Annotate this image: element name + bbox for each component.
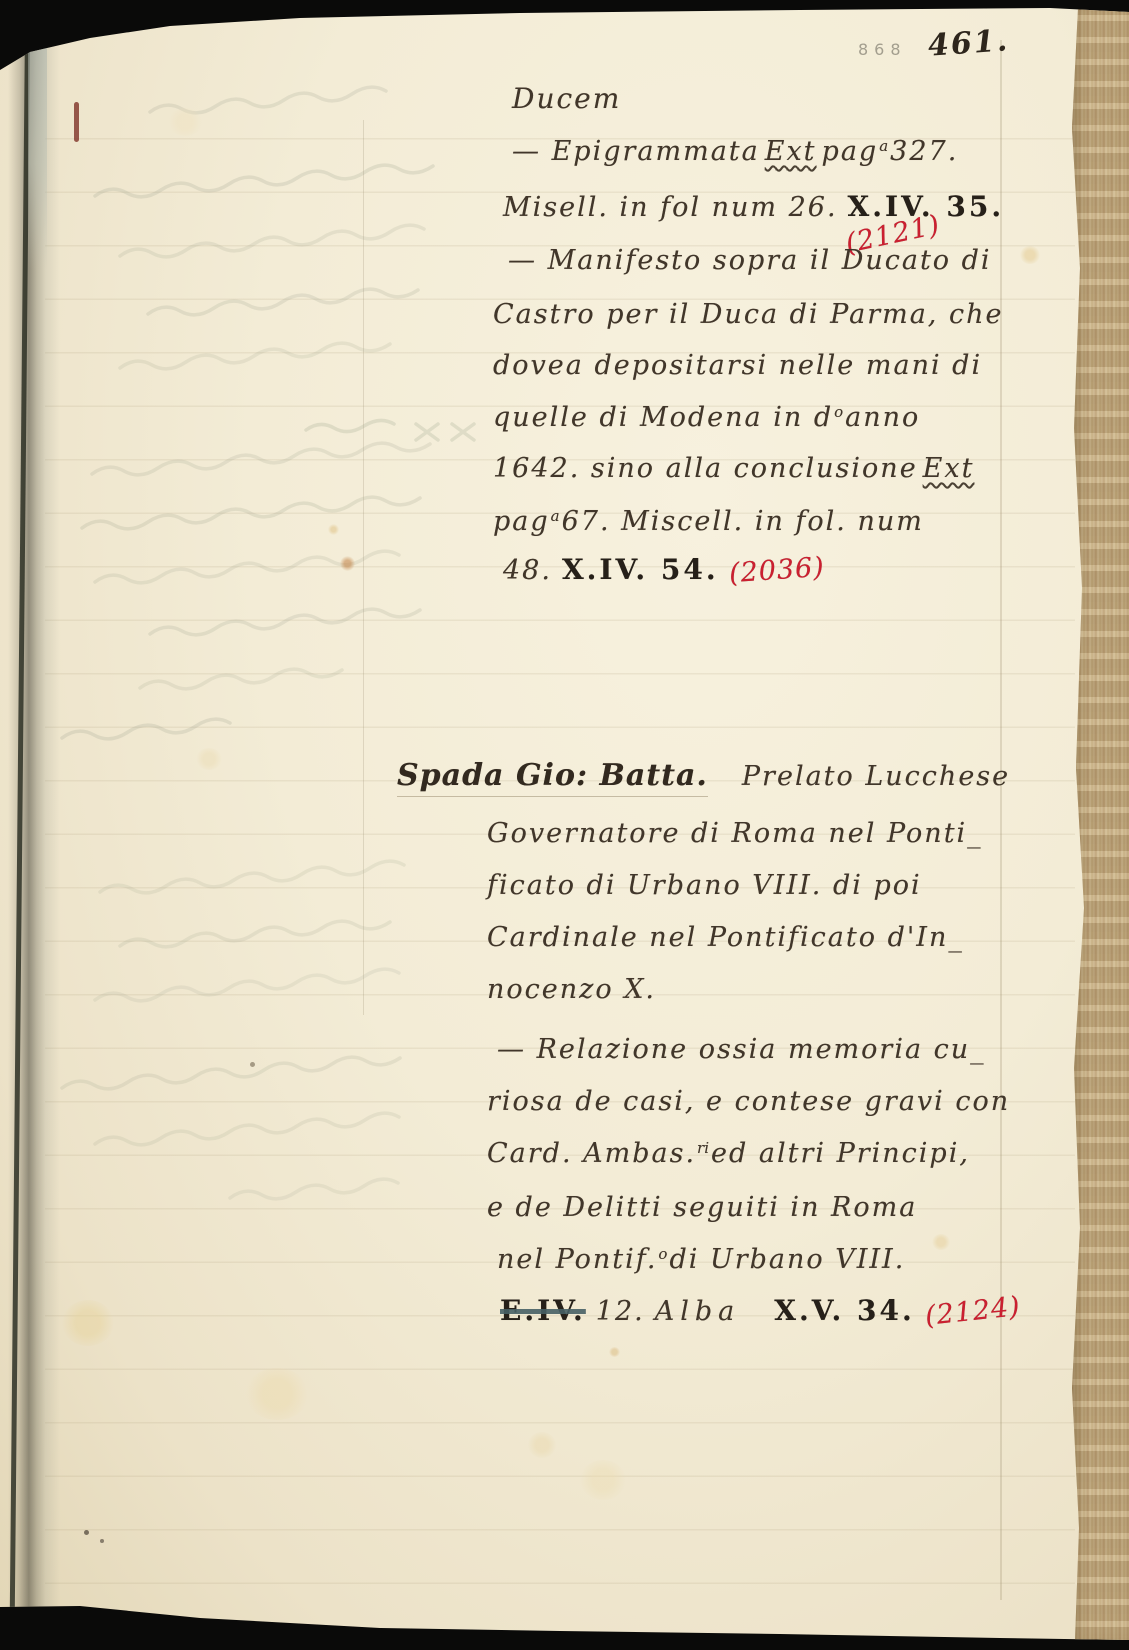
superscript: o bbox=[658, 1245, 667, 1263]
catchword-ducem: Ducem bbox=[512, 82, 621, 115]
reference-number-red: (2124) bbox=[923, 1291, 1021, 1332]
entry-text: quelle di Modena in d bbox=[493, 402, 833, 433]
alba-note: Alba bbox=[655, 1296, 741, 1327]
page-stack-fore-edge bbox=[1070, 8, 1129, 1640]
foxing-stain bbox=[528, 1432, 556, 1458]
entry-text: di Urbano VIII. bbox=[669, 1244, 905, 1275]
entry-text: Misell. in fol num 26. bbox=[503, 192, 838, 223]
superscript: a bbox=[551, 507, 560, 525]
superscript: ri bbox=[697, 1139, 709, 1157]
entry-spada-line3: ficato di Urbano VIII. di poi bbox=[487, 870, 922, 901]
entry-manifesto-line2: Castro per il Duca di Parma, che bbox=[493, 299, 1003, 330]
foxing-stain bbox=[1020, 246, 1040, 264]
ink-speck bbox=[250, 1062, 255, 1067]
ink-speck bbox=[100, 1539, 104, 1543]
foxing-stain bbox=[328, 524, 339, 535]
entry-spada-line8: Card. Ambas.ried altri Principi, bbox=[487, 1138, 970, 1169]
entry-manifesto-line7: 48.X.IV. 54.(2036) bbox=[503, 553, 824, 586]
entry-text: anno bbox=[845, 402, 920, 433]
entry-text: Card. Ambas. bbox=[487, 1138, 696, 1169]
entry-text: nel Pontif. bbox=[497, 1244, 657, 1275]
foxing-stain bbox=[580, 1460, 626, 1500]
entry-spada-line11: E.IV.12.AlbaX.V. 34.(2124) bbox=[500, 1294, 1021, 1327]
entry-text: Prelato Lucchese bbox=[742, 761, 1010, 792]
entry-spada-line7: riosa de casi, e contese gravi con bbox=[487, 1086, 1010, 1117]
entry-manifesto-line1: — Manifesto sopra il Ducato di bbox=[508, 245, 992, 276]
entry-epigrammata-line1: — EpigrammataExtpaga327. bbox=[512, 136, 958, 167]
foxing-stain bbox=[245, 1368, 309, 1420]
entry-text: pag bbox=[493, 506, 550, 537]
foxing-stain bbox=[62, 1300, 114, 1346]
ink-speck bbox=[84, 1530, 89, 1535]
page-surface: 868 461. Ducem — EpigrammataExtpaga327. … bbox=[0, 0, 1129, 1650]
entry-text: 48. bbox=[503, 555, 552, 586]
entry-text: pag bbox=[822, 136, 879, 167]
entry-manifesto-line6: paga67. Miscell. in fol. num bbox=[493, 506, 924, 537]
entry-text: ed altri Principi, bbox=[711, 1138, 970, 1169]
foxing-stain bbox=[168, 108, 202, 136]
facing-page-edge bbox=[28, 34, 47, 269]
folio-number: 461. bbox=[927, 23, 1010, 64]
entry-spada-line9: e de Delitti seguiti in Roma bbox=[487, 1192, 917, 1223]
page-citation: 327. bbox=[890, 136, 958, 167]
shelfmark: X.V. 34. bbox=[774, 1294, 915, 1327]
margin-rule-right bbox=[1000, 40, 1002, 1600]
foxing-stain bbox=[340, 556, 355, 571]
reference-number-red: (2036) bbox=[728, 552, 826, 590]
entry-spada-line10: nel Pontif.odi Urbano VIII. bbox=[497, 1244, 905, 1275]
entry-manifesto-line5: 1642. sino alla conclusioneExt bbox=[493, 453, 979, 484]
superscript: o bbox=[834, 403, 843, 421]
entry-manifesto-line3: dovea depositarsi nelle mani di bbox=[493, 350, 982, 381]
entry-text: 12. bbox=[596, 1296, 645, 1327]
entry-spada-line6: — Relazione ossia memoria cu_ bbox=[497, 1034, 986, 1065]
foxing-stain bbox=[609, 1347, 620, 1357]
gutter-ink-mark bbox=[74, 102, 79, 142]
shelfmark-struck: E.IV. bbox=[500, 1294, 586, 1327]
entry-text: — Epigrammata bbox=[512, 136, 760, 167]
entry-spada-line4: Cardinale nel Pontificato d'In_ bbox=[487, 922, 964, 953]
person-name: Spada Gio: Batta. bbox=[397, 758, 708, 797]
shelfmark: X.IV. 54. bbox=[562, 553, 719, 586]
library-stamp-number: 868 bbox=[858, 40, 907, 59]
foxing-stain bbox=[196, 748, 222, 770]
manuscript-scan: 868 461. Ducem — EpigrammataExtpaga327. … bbox=[0, 0, 1129, 1650]
superscript: a bbox=[879, 137, 888, 155]
entry-spada-line5: nocenzo X. bbox=[487, 974, 656, 1005]
entry-spada-line2: Governatore di Roma nel Ponti_ bbox=[487, 818, 983, 849]
entry-text: 1642. sino alla conclusione bbox=[493, 453, 918, 484]
entry-text: 67. Miscell. in fol. num bbox=[562, 506, 924, 537]
ext-abbreviation: Ext bbox=[923, 453, 975, 484]
paper-crease bbox=[363, 120, 364, 1015]
ext-abbreviation: Ext bbox=[765, 136, 817, 167]
foxing-stain bbox=[932, 1234, 950, 1250]
entry-manifesto-line4: quelle di Modena in doanno bbox=[493, 402, 920, 433]
entry-spada-heading: Spada Gio: Batta.Prelato Lucchese bbox=[397, 758, 1010, 793]
